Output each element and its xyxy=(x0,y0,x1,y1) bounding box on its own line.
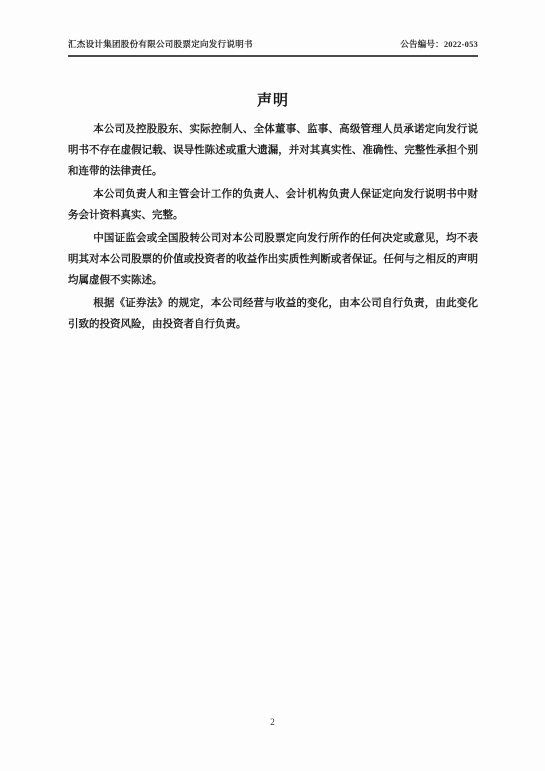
declaration-body: 本公司及控股股东、实际控制人、全体董事、监事、高级管理人员承诺定向发行说明书不存… xyxy=(68,119,478,335)
page-title: 声明 xyxy=(68,89,478,110)
declaration-paragraph: 根据《证券法》的规定，本公司经营与收益的变化，由本公司自行负责，由此变化引致的投… xyxy=(68,293,478,335)
header-announcement-number: 公告编号：2022-053 xyxy=(400,38,478,50)
header-document-title: 汇杰设计集团股份有限公司股票定向发行说明书 xyxy=(68,38,253,50)
declaration-paragraph: 本公司及控股股东、实际控制人、全体董事、监事、高级管理人员承诺定向发行说明书不存… xyxy=(68,119,478,182)
page-number: 2 xyxy=(0,717,545,727)
document-header: 汇杰设计集团股份有限公司股票定向发行说明书 公告编号：2022-053 xyxy=(68,38,478,57)
document-page: 汇杰设计集团股份有限公司股票定向发行说明书 公告编号：2022-053 声明 本… xyxy=(0,0,545,771)
declaration-paragraph: 中国证监会或全国股转公司对本公司股票定向发行所作的任何决定或意见，均不表明其对本… xyxy=(68,228,478,291)
declaration-paragraph: 本公司负责人和主管会计工作的负责人、会计机构负责人保证定向发行说明书中财务会计资… xyxy=(68,184,478,226)
